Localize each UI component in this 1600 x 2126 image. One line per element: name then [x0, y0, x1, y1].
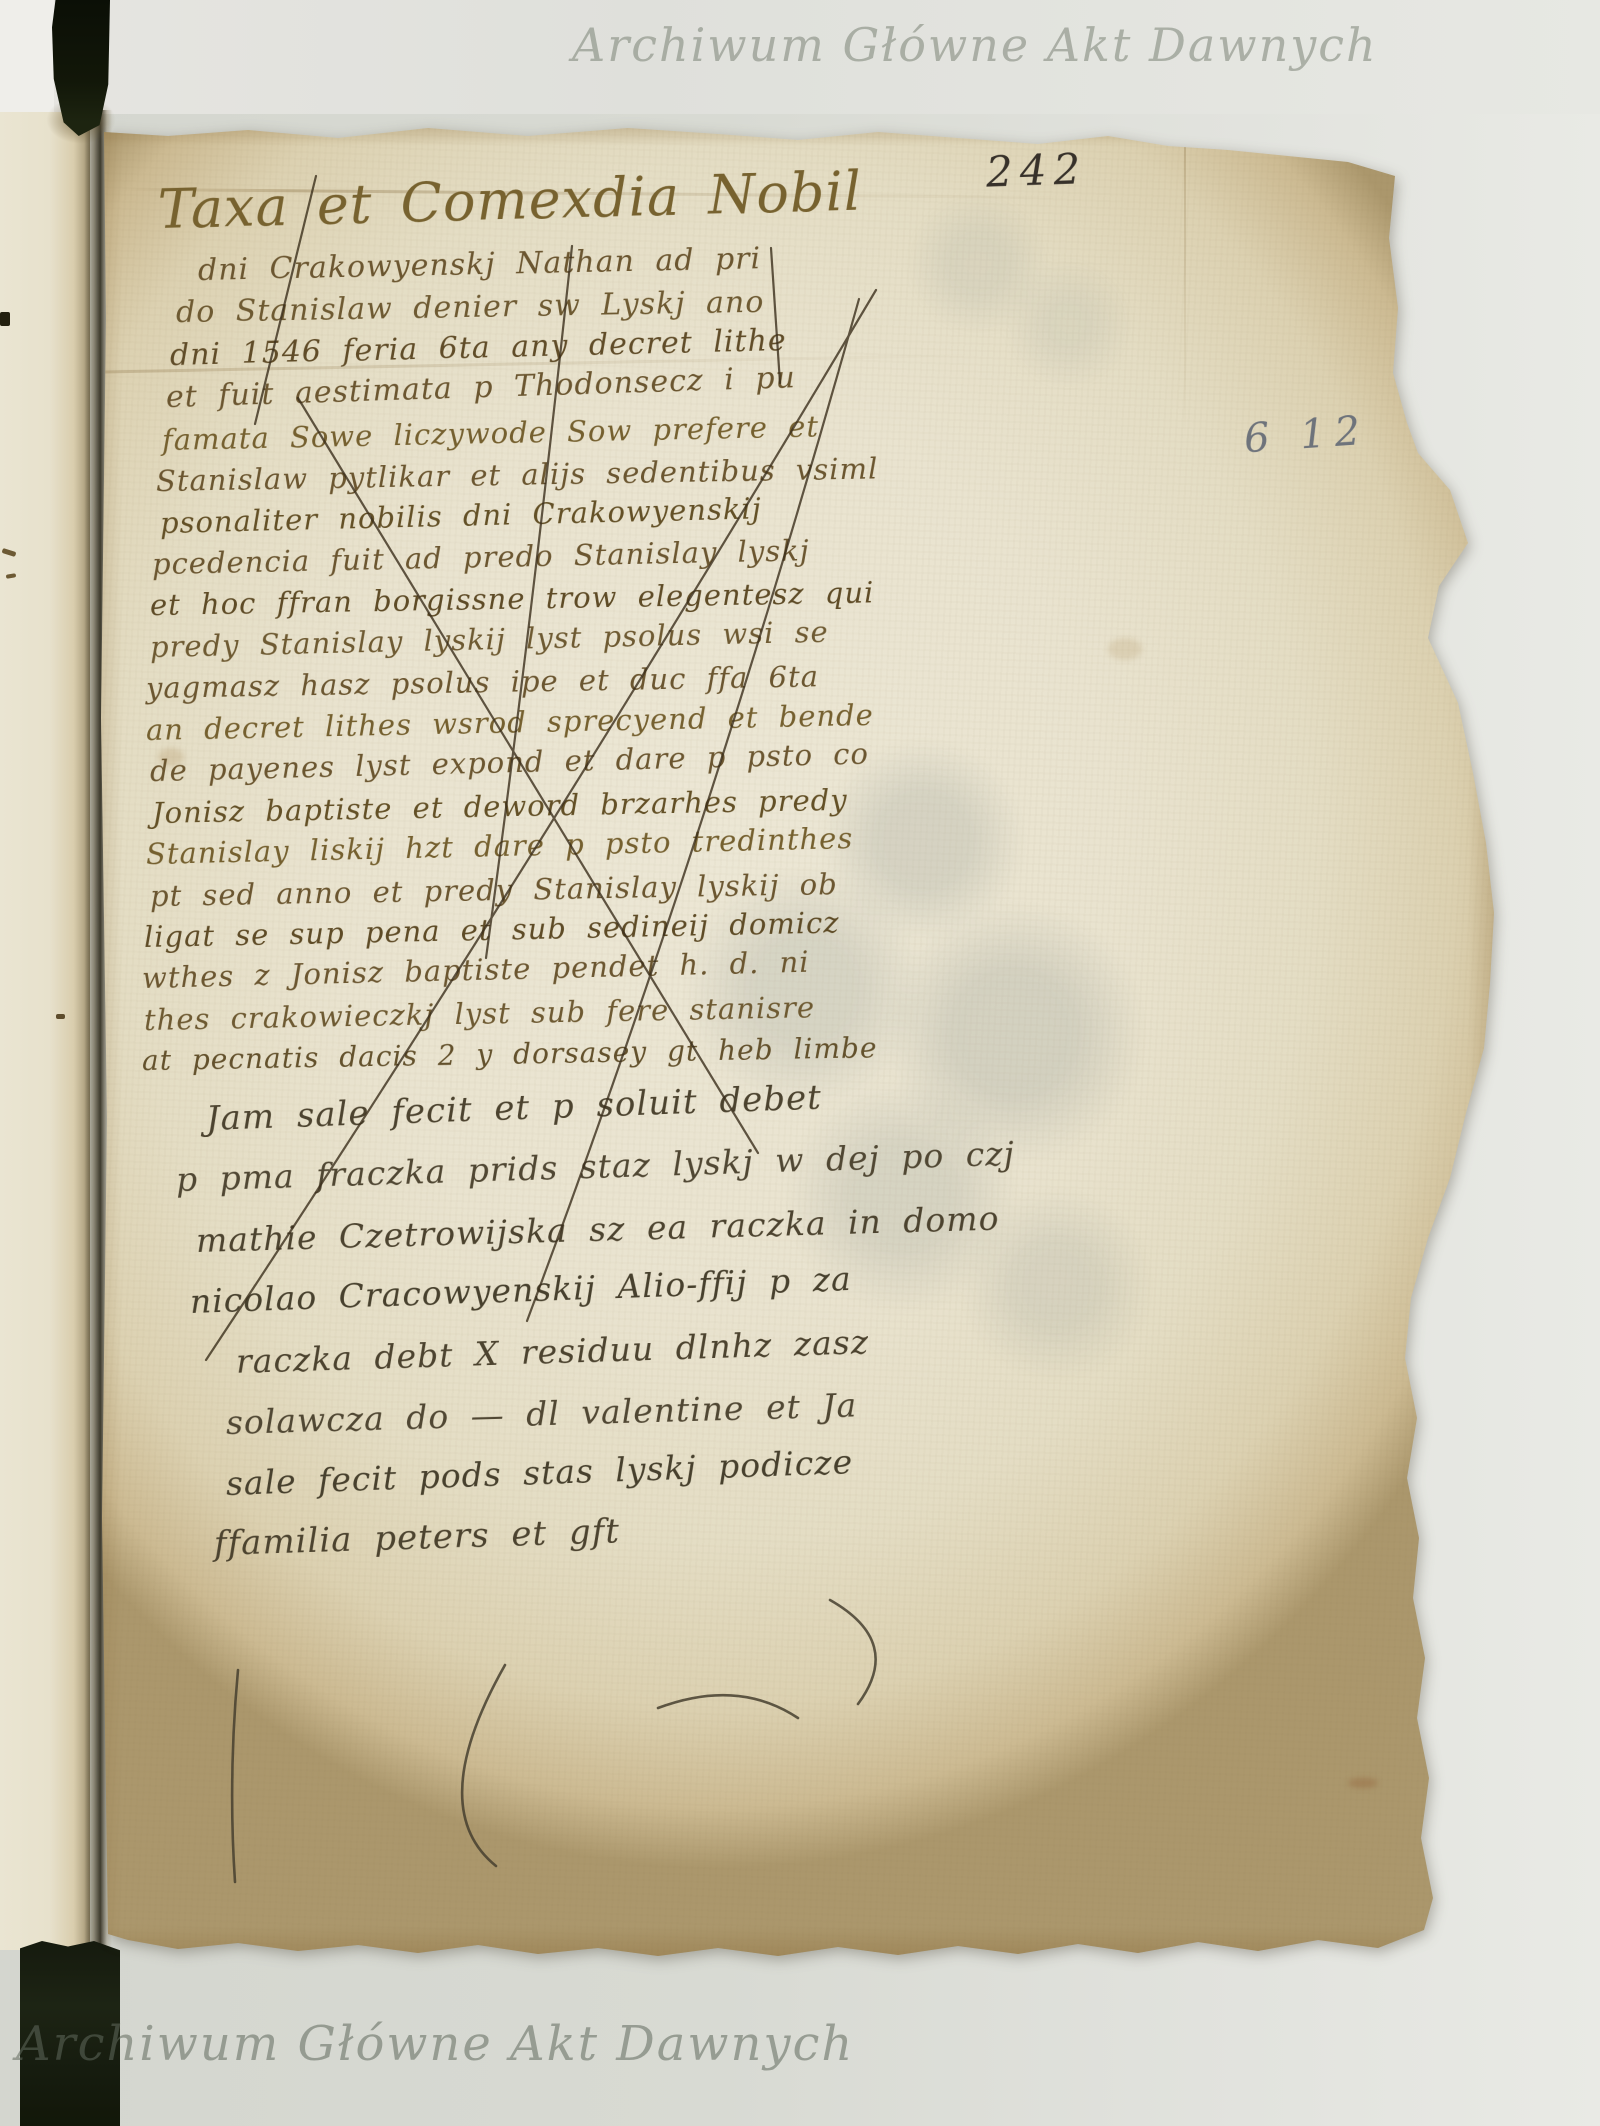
signature-flourish	[658, 1695, 798, 1718]
paper-crease	[1184, 138, 1186, 438]
cancellation-strokes	[98, 118, 1508, 1960]
ink-speck	[6, 573, 17, 579]
manuscript-line: raczka debt X residuu dlnhz zasz	[235, 1316, 1182, 1380]
manuscript-line: Jonisz baptiste et deword brzarhes predy	[152, 778, 1182, 828]
manuscript-line: an decret lithes wsrod sprecyend et bend…	[146, 693, 1182, 745]
pen-stroke	[206, 290, 876, 1360]
signature-flourish	[232, 1670, 238, 1882]
pen-stroke	[486, 246, 572, 958]
ink-speck	[0, 312, 10, 326]
manuscript-line: psonaliter nobilis dni Crakowyenskij	[160, 483, 1182, 538]
pen-stroke	[298, 398, 758, 1153]
manuscript-text-block: Taxa et Comexdia Nobildni Crakowyenskj N…	[142, 182, 1182, 1563]
manuscript-line: predy Stanislay lyskij lyst psolus wsi s…	[150, 608, 1182, 662]
manuscript-line: solawcza do — dl valentine et Ja	[226, 1379, 1183, 1440]
manuscript-line: famata Sowe liczywode Sow prefere et	[162, 403, 1182, 455]
scanner-bed-corner	[0, 0, 54, 114]
manuscript-line: pcedencia fuit ad predo Stanislay lyskj	[152, 527, 1182, 579]
signature-flourish	[462, 1665, 505, 1866]
manuscript-line: dni 1546 feria 6ta any decret lithe	[170, 315, 1182, 371]
ink-speck	[2, 548, 17, 557]
manuscript-line: p pma fraczka prids staz lyskj w dej po …	[175, 1132, 1182, 1198]
ink-bleedthrough-ghost	[858, 168, 1158, 408]
archive-watermark-bottom: Archiwum Główne Akt Dawnych	[16, 2016, 854, 2072]
manuscript-line: Stanislay liskij hzt dare p psto tredint…	[146, 816, 1182, 870]
pen-stroke	[771, 248, 780, 383]
archival-number-pencil: 6 12	[1243, 408, 1371, 463]
manuscript-line: wthes z Jonisz baptiste pendet h. d. ni	[142, 938, 1182, 994]
manuscript-line: ligat se sup pena et sub sedineij domicz	[144, 900, 1182, 952]
foxing-spot	[1348, 1778, 1378, 1788]
pen-stroke	[527, 299, 859, 1321]
manuscript-line: Jam sale fecit et p soluit debet	[205, 1068, 1182, 1138]
paper-sheet: 242 6 12 Taxa et Comexdia Nobildni Crako…	[98, 118, 1508, 1960]
manuscript-line: pt sed anno et predy Stanislay lyskij ob	[150, 862, 1182, 910]
previous-page-edge	[0, 112, 90, 1950]
manuscript-line: mathie Czetrowijska sz ea raczka in domo	[196, 1196, 1183, 1258]
foxing-spot	[158, 748, 184, 766]
ink-bleedthrough-ghost-stamp	[538, 678, 1238, 1418]
signature-flourish	[830, 1600, 876, 1704]
manuscript-page: 242 6 12 Taxa et Comexdia Nobildni Crako…	[98, 118, 1508, 1960]
manuscript-line: dni Crakowyenskj Nathan ad pri	[198, 234, 1182, 286]
archive-watermark-top: Archiwum Główne Akt Dawnych	[572, 18, 1378, 72]
paper-crease	[104, 354, 984, 374]
manuscript-line: de payenes lyst expond et dare p psto co	[150, 731, 1182, 787]
ink-speck	[56, 1014, 65, 1019]
manuscript-line: ffamilia peters et gft	[213, 1497, 1182, 1563]
folio-number-ink: 242	[985, 144, 1088, 197]
foxing-spot	[1108, 638, 1142, 660]
manuscript-line: Stanislaw pytlikar et alijs sedentibus v…	[156, 448, 1182, 496]
manuscript-line: sale fecit pods stas lyskj podicze	[225, 1433, 1182, 1501]
manuscript-line: Taxa et Comexdia Nobil	[157, 155, 1182, 238]
paper-crease	[122, 188, 1072, 199]
manuscript-line: nicolao Cracowyenskij Alio-ffij p za	[189, 1250, 1182, 1319]
manuscript-line: et hoc ffran borgissne trow elegentesz q…	[150, 572, 1182, 620]
archive-scan: 242 6 12 Taxa et Comexdia Nobildni Crako…	[0, 0, 1600, 2126]
manuscript-line: yagmasz hasz psolus ipe et duc ffa 6ta	[146, 655, 1182, 704]
manuscript-line: et fuit aestimata p Thodonsecz i pu	[166, 350, 1182, 413]
manuscript-line: do Stanislaw denier sw Lyskj ano	[176, 280, 1182, 329]
manuscript-line: at pecnatis dacis 2 y dorsasey gt heb li…	[142, 1028, 1182, 1076]
pen-stroke	[255, 176, 316, 424]
manuscript-line: thes crakowieczkj lyst sub fere stanisre	[144, 985, 1182, 1035]
